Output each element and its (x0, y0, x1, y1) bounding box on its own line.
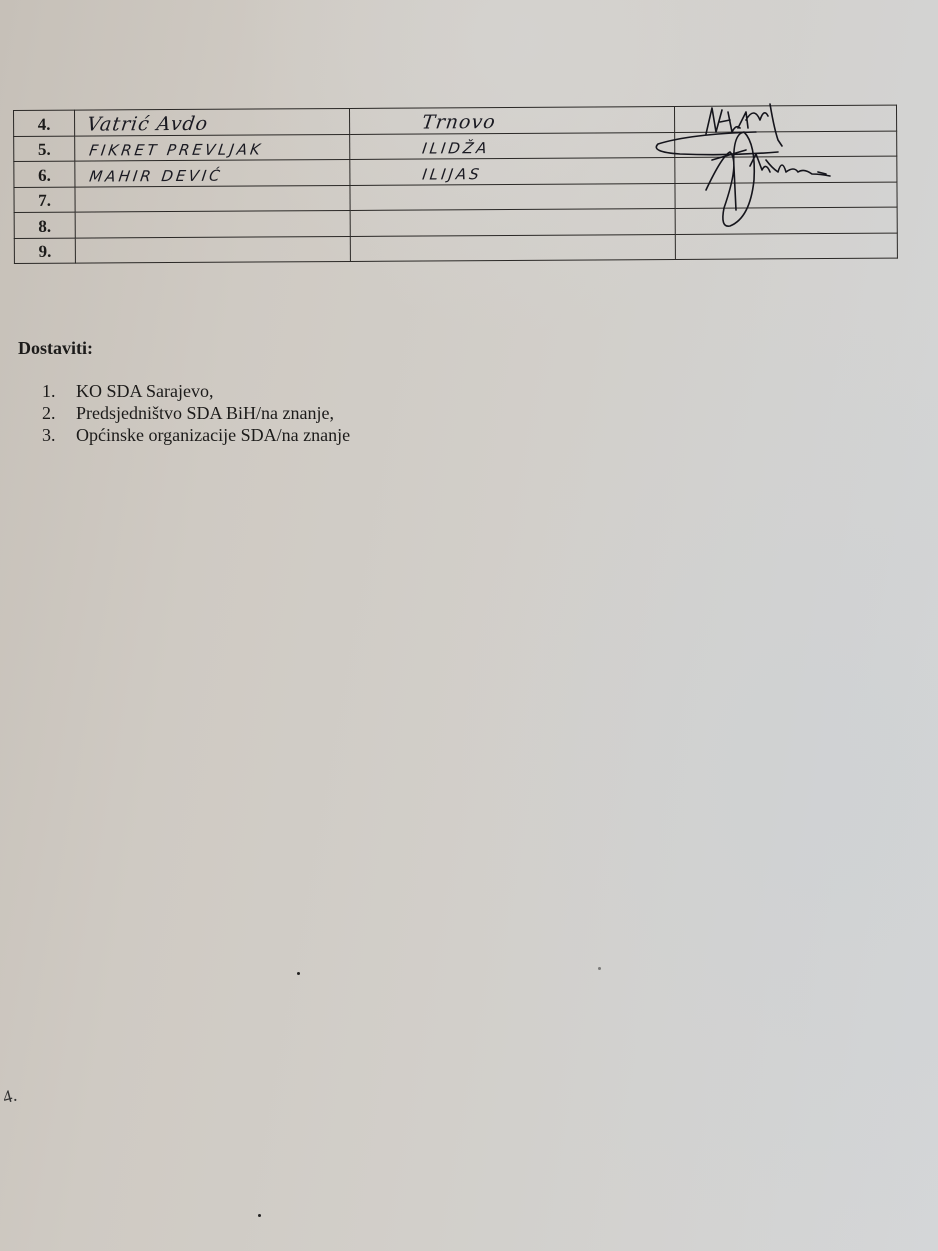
row-number: 6. (14, 161, 75, 187)
name-cell: MAHIR DEVIĆ (75, 159, 350, 186)
signature-cell (675, 182, 897, 209)
paper-speck (598, 967, 601, 970)
signature-cell (675, 156, 897, 183)
list-item: 3. Općinske organizacije SDA/na znanje (42, 424, 350, 446)
place-cell: Trnovo (349, 106, 675, 133)
list-item: 2. Predsjedništvo SDA BiH/na znanje, (42, 402, 350, 424)
name-cell (75, 236, 350, 263)
handwritten-name: MAHIR DEVIĆ (88, 166, 224, 185)
name-cell (75, 185, 350, 212)
list-item: 1. KO SDA Sarajevo, (42, 380, 350, 402)
signature-table: 4. Vatrić Avdo Trnovo 5. FIKRET PREVLJAK… (13, 105, 898, 264)
handwritten-name: FIKRET PREVLJAK (88, 140, 264, 159)
distribution-heading: Dostaviti: (18, 338, 93, 359)
row-number: 7. (14, 187, 75, 213)
signature-cell (676, 233, 898, 260)
row-number: 5. (14, 136, 75, 162)
document-page: 4. Vatrić Avdo Trnovo 5. FIKRET PREVLJAK… (0, 0, 938, 1251)
list-item-number: 2. (42, 402, 76, 424)
paper-speck (297, 972, 300, 975)
handwritten-place: ILIDŽA (421, 139, 491, 157)
place-cell: ILIDŽA (349, 132, 675, 159)
place-cell (350, 208, 676, 235)
handwritten-name: Vatrić Avdo (86, 112, 210, 135)
name-cell: FIKRET PREVLJAK (75, 134, 350, 161)
handwritten-place: Trnovo (420, 111, 497, 133)
list-item-text: Predsjedništvo SDA BiH/na znanje, (76, 402, 334, 424)
place-cell: ILIJAS (350, 157, 676, 184)
paper-speck (258, 1214, 261, 1217)
name-cell: Vatrić Avdo (75, 108, 350, 135)
signature-cell (675, 105, 897, 132)
distribution-list: 1. KO SDA Sarajevo, 2. Predsjedništvo SD… (42, 380, 350, 446)
name-cell (75, 210, 350, 237)
signature-cell (675, 131, 897, 158)
list-item-text: KO SDA Sarajevo, (76, 380, 214, 402)
row-number: 4. (14, 110, 75, 136)
table-row: 9. (14, 233, 897, 264)
list-item-number: 3. (42, 424, 76, 446)
place-cell (350, 234, 676, 261)
place-cell (350, 183, 676, 210)
handwritten-place: ILIJAS (421, 165, 483, 183)
row-number: 9. (14, 238, 75, 264)
row-number: 8. (14, 212, 75, 238)
list-item-text: Općinske organizacije SDA/na znanje (76, 424, 350, 446)
list-item-number: 1. (42, 380, 76, 402)
corner-mark: 4. (1, 1085, 19, 1109)
signature-cell (676, 207, 898, 234)
